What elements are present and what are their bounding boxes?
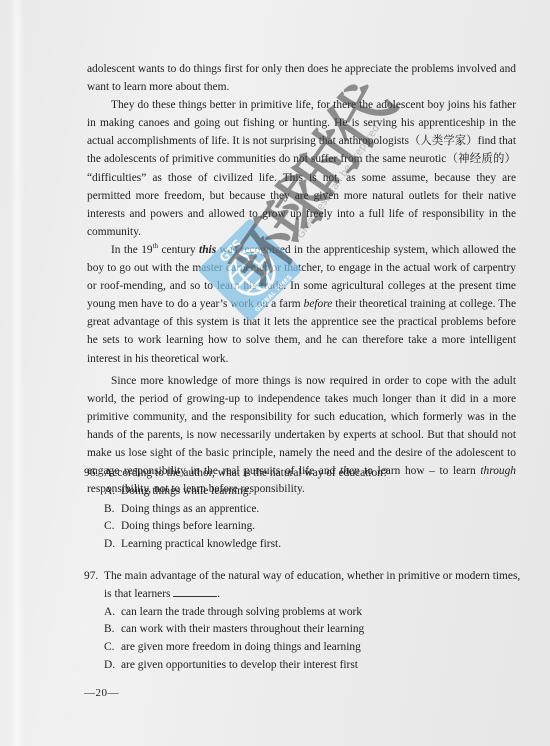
option-97-c: C.are given more freedom in doing things…: [84, 639, 524, 657]
paragraph-2: They do these things better in primitive…: [87, 96, 516, 241]
question-97-stem-cont: is that learners .: [84, 586, 524, 604]
option-letter: D.: [104, 536, 121, 554]
option-96-c: C.Doing things before learning.: [84, 518, 524, 536]
option-text: are given more freedom in doing things a…: [121, 641, 361, 653]
paragraph-1: adolescent wants to do things first for …: [87, 60, 516, 96]
option-text: can work with their masters throughout t…: [121, 623, 364, 635]
option-letter: A.: [104, 483, 121, 501]
question-number: 96.: [84, 465, 104, 483]
option-letter: B.: [104, 501, 121, 519]
page-number: —20—: [84, 687, 119, 699]
question-96: 96.According to the author, what is the …: [84, 465, 524, 554]
exam-page: adolescent wants to do things first for …: [0, 0, 550, 746]
paragraph-4-text-a: Since more knowledge of more things is n…: [87, 375, 516, 477]
paragraph-3-text-b: century: [158, 244, 199, 256]
question-97-stem: 97.The main advantage of the natural way…: [84, 568, 524, 586]
option-text: Learning practical knowledge first.: [121, 538, 281, 550]
question-97: 97.The main advantage of the natural way…: [84, 568, 524, 675]
option-96-d: D.Learning practical knowledge first.: [84, 536, 524, 554]
option-text: can learn the trade through solving prob…: [121, 606, 362, 618]
emphasis-before: before: [304, 298, 333, 310]
option-text: Doing things while learning.: [121, 485, 251, 497]
option-96-b: B.Doing things as an apprentice.: [84, 501, 524, 519]
option-letter: C.: [104, 518, 121, 536]
question-96-stem: 96.According to the author, what is the …: [84, 465, 524, 483]
option-text: Doing things before learning.: [121, 520, 255, 532]
paragraph-3-text-a: In the 19: [111, 244, 153, 256]
option-letter: A.: [104, 604, 121, 622]
option-text: are given opportunities to develop their…: [121, 659, 358, 671]
option-97-a: A.can learn the trade through solving pr…: [84, 604, 524, 622]
paragraph-1-text: adolescent wants to do things first for …: [87, 63, 516, 93]
question-text: According to the author, what is the nat…: [104, 467, 388, 479]
option-letter: C.: [104, 639, 121, 657]
option-text: Doing things as an apprentice.: [121, 503, 259, 515]
option-96-a: A.Doing things while learning.: [84, 483, 524, 501]
scan-edge: [10, 0, 24, 746]
question-text: The main advantage of the natural way of…: [104, 570, 520, 582]
paragraph-3: In the 19th century this was recognized …: [87, 241, 516, 368]
paragraph-2-text: They do these things better in primitive…: [87, 99, 516, 238]
option-97-b: B.can work with their masters throughout…: [84, 621, 524, 639]
option-letter: D.: [104, 657, 121, 675]
question-text-cont: is that learners: [104, 588, 170, 600]
answer-blank: [173, 586, 217, 597]
option-97-d: D.are given opportunities to develop the…: [84, 657, 524, 675]
question-text-end: .: [217, 588, 220, 600]
reading-passage: adolescent wants to do things first for …: [87, 60, 516, 498]
option-letter: B.: [104, 621, 121, 639]
question-number: 97.: [84, 568, 104, 586]
emphasis-this: this: [199, 244, 216, 256]
